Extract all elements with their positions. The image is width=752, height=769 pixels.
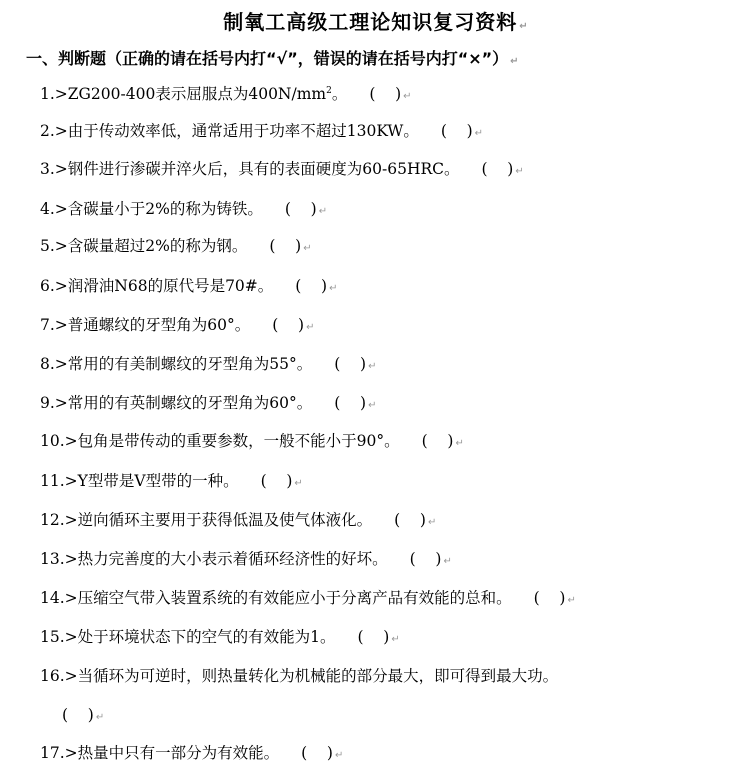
- paragraph-mark-icon: ↵: [368, 361, 376, 372]
- paragraph-mark-icon: ↵: [403, 91, 411, 102]
- question-number: 6.>: [40, 277, 68, 295]
- question-item: 5.>含碳量超过2%的称为钢。( )↵: [40, 236, 312, 259]
- question-item: 11.>Y型带是V型带的一种。( )↵: [40, 471, 303, 494]
- paragraph-mark-icon: ↵: [329, 283, 337, 294]
- question-item: 6.>润滑油N68的原代号是70#。( )↵: [40, 276, 337, 299]
- question-item: 3.>钢件进行渗碳并淬火后，具有的表面硬度为60-65HRC。( )↵: [40, 159, 524, 182]
- question-number: 3.>: [40, 160, 68, 178]
- paragraph-mark-icon: ↵: [306, 322, 314, 333]
- question-number: 1.>: [40, 85, 68, 103]
- question-text: 钢件进行渗碳并淬火后，具有的表面硬度为60-65HRC。: [68, 160, 460, 178]
- answer-blank[interactable]: ( ): [358, 627, 390, 647]
- question-text: 含碳量小于2%的称为铸铁。: [68, 200, 263, 218]
- question-number: 16.>: [40, 667, 78, 685]
- question-text: 常用的有英制螺纹的牙型角为60°。: [68, 394, 312, 412]
- paragraph-mark-icon: ↵: [368, 400, 376, 411]
- question-text: 润滑油N68的原代号是70#。: [68, 277, 274, 295]
- question-item: 15.>处于环境状态下的空气的有效能为1。( )↵: [40, 627, 400, 650]
- question-number: 13.>: [40, 550, 78, 568]
- question-item: 2.>由于传动效率低，通常适用于功率不超过130KW。( )↵: [40, 121, 483, 144]
- question-text: 含碳量超过2%的称为钢。: [68, 237, 248, 255]
- question-number: 12.>: [40, 511, 78, 529]
- paragraph-mark-icon: ↵: [455, 438, 463, 449]
- question-number: 9.>: [40, 394, 68, 412]
- question-text: 包角是带传动的重要参数，一般不能小于90°。: [78, 432, 400, 450]
- paragraph-mark-icon: ↵: [475, 128, 483, 139]
- question-text: 普通螺纹的牙型角为60°。: [68, 316, 250, 334]
- answer-blank[interactable]: ( ): [272, 315, 304, 335]
- section-heading: 一、判断题（正确的请在括号内打“√”，错误的请在括号内打“×”）↵: [26, 46, 519, 69]
- question-number: 5.>: [40, 237, 68, 255]
- question-item: 4.>含碳量小于2%的称为铸铁。( )↵: [40, 199, 327, 222]
- paragraph-mark-icon: ↵: [391, 634, 399, 645]
- paragraph-mark-icon: ↵: [96, 712, 104, 723]
- question-text: Y型带是V型带的一种。: [78, 472, 239, 490]
- document-title: 制氧工高级工理论知识复习资料↵: [0, 6, 752, 35]
- question-text: 压缩空气带入装置系统的有效能应小于分离产品有效能的总和。: [78, 589, 512, 607]
- question-item: 13.>热力完善度的大小表示着循环经济性的好坏。( )↵: [40, 549, 452, 572]
- question-text: 逆向循环主要用于获得低温及使气体液化。: [78, 511, 373, 529]
- answer-blank[interactable]: ( ): [295, 276, 327, 296]
- answer-blank[interactable]: ( ): [301, 743, 333, 763]
- question-number: 7.>: [40, 316, 68, 334]
- answer-blank[interactable]: ( ): [422, 431, 454, 451]
- answer-blank[interactable]: ( ): [334, 393, 366, 413]
- answer-blank[interactable]: ( ): [394, 510, 426, 530]
- answer-blank[interactable]: ( ): [369, 84, 401, 104]
- answer-blank[interactable]: ( ): [285, 199, 317, 219]
- question-number: 14.>: [40, 589, 78, 607]
- question-number: 4.>: [40, 200, 68, 218]
- question-item: 8.>常用的有美制螺纹的牙型角为55°。( )↵: [40, 354, 376, 377]
- paragraph-mark-icon: ↵: [510, 56, 518, 67]
- answer-blank[interactable]: ( ): [261, 471, 293, 491]
- answer-blank[interactable]: ( ): [534, 588, 566, 608]
- paragraph-mark-icon: ↵: [294, 478, 302, 489]
- question-item: ( )↵: [40, 705, 104, 728]
- answer-blank[interactable]: ( ): [334, 354, 366, 374]
- answer-blank[interactable]: ( ): [269, 236, 301, 256]
- paragraph-mark-icon: ↵: [319, 206, 327, 217]
- answer-blank[interactable]: ( ): [410, 549, 442, 569]
- question-item: 9.>常用的有英制螺纹的牙型角为60°。( )↵: [40, 393, 376, 416]
- paragraph-mark-icon: ↵: [443, 556, 451, 567]
- question-item: 1.>ZG200-400表示屈服点为400N/mm2。( )↵: [40, 81, 412, 107]
- answer-blank[interactable]: ( ): [482, 159, 514, 179]
- question-item: 7.>普通螺纹的牙型角为60°。( )↵: [40, 315, 314, 338]
- question-number: 10.>: [40, 432, 78, 450]
- question-text: 热量中只有一部分为有效能。: [78, 744, 280, 762]
- question-text: ZG200-400表示屈服点为400N/mm: [68, 85, 326, 103]
- question-number: 15.>: [40, 628, 78, 646]
- paragraph-mark-icon: ↵: [303, 243, 311, 254]
- question-item: 16.>当循环为可逆时，则热量转化为机械能的部分最大，即可得到最大功。: [40, 666, 558, 686]
- paragraph-mark-icon: ↵: [335, 750, 343, 761]
- question-item: 12.>逆向循环主要用于获得低温及使气体液化。( )↵: [40, 510, 436, 533]
- paragraph-mark-icon: ↵: [567, 595, 575, 606]
- answer-blank[interactable]: ( ): [441, 121, 473, 141]
- question-text: 当循环为可逆时，则热量转化为机械能的部分最大，即可得到最大功。: [78, 667, 559, 685]
- answer-blank[interactable]: ( ): [62, 705, 94, 725]
- question-text: 处于环境状态下的空气的有效能为1。: [78, 628, 336, 646]
- question-number: 17.>: [40, 744, 78, 762]
- question-item: 10.>包角是带传动的重要参数，一般不能小于90°。( )↵: [40, 431, 464, 454]
- question-number: 8.>: [40, 355, 68, 373]
- paragraph-mark-icon: ↵: [515, 166, 523, 177]
- question-number: 2.>: [40, 122, 68, 140]
- question-text: 由于传动效率低，通常适用于功率不超过130KW。: [68, 122, 419, 140]
- question-item: 14.>压缩空气带入装置系统的有效能应小于分离产品有效能的总和。( )↵: [40, 588, 576, 611]
- question-tail: 。: [332, 85, 348, 103]
- question-item: 17.>热量中只有一部分为有效能。( )↵: [40, 743, 343, 766]
- question-text: 常用的有美制螺纹的牙型角为55°。: [68, 355, 312, 373]
- question-text: 热力完善度的大小表示着循环经济性的好坏。: [78, 550, 388, 568]
- paragraph-mark-icon: ↵: [428, 517, 436, 528]
- paragraph-mark-icon: ↵: [519, 21, 528, 32]
- question-number: 11.>: [40, 472, 78, 490]
